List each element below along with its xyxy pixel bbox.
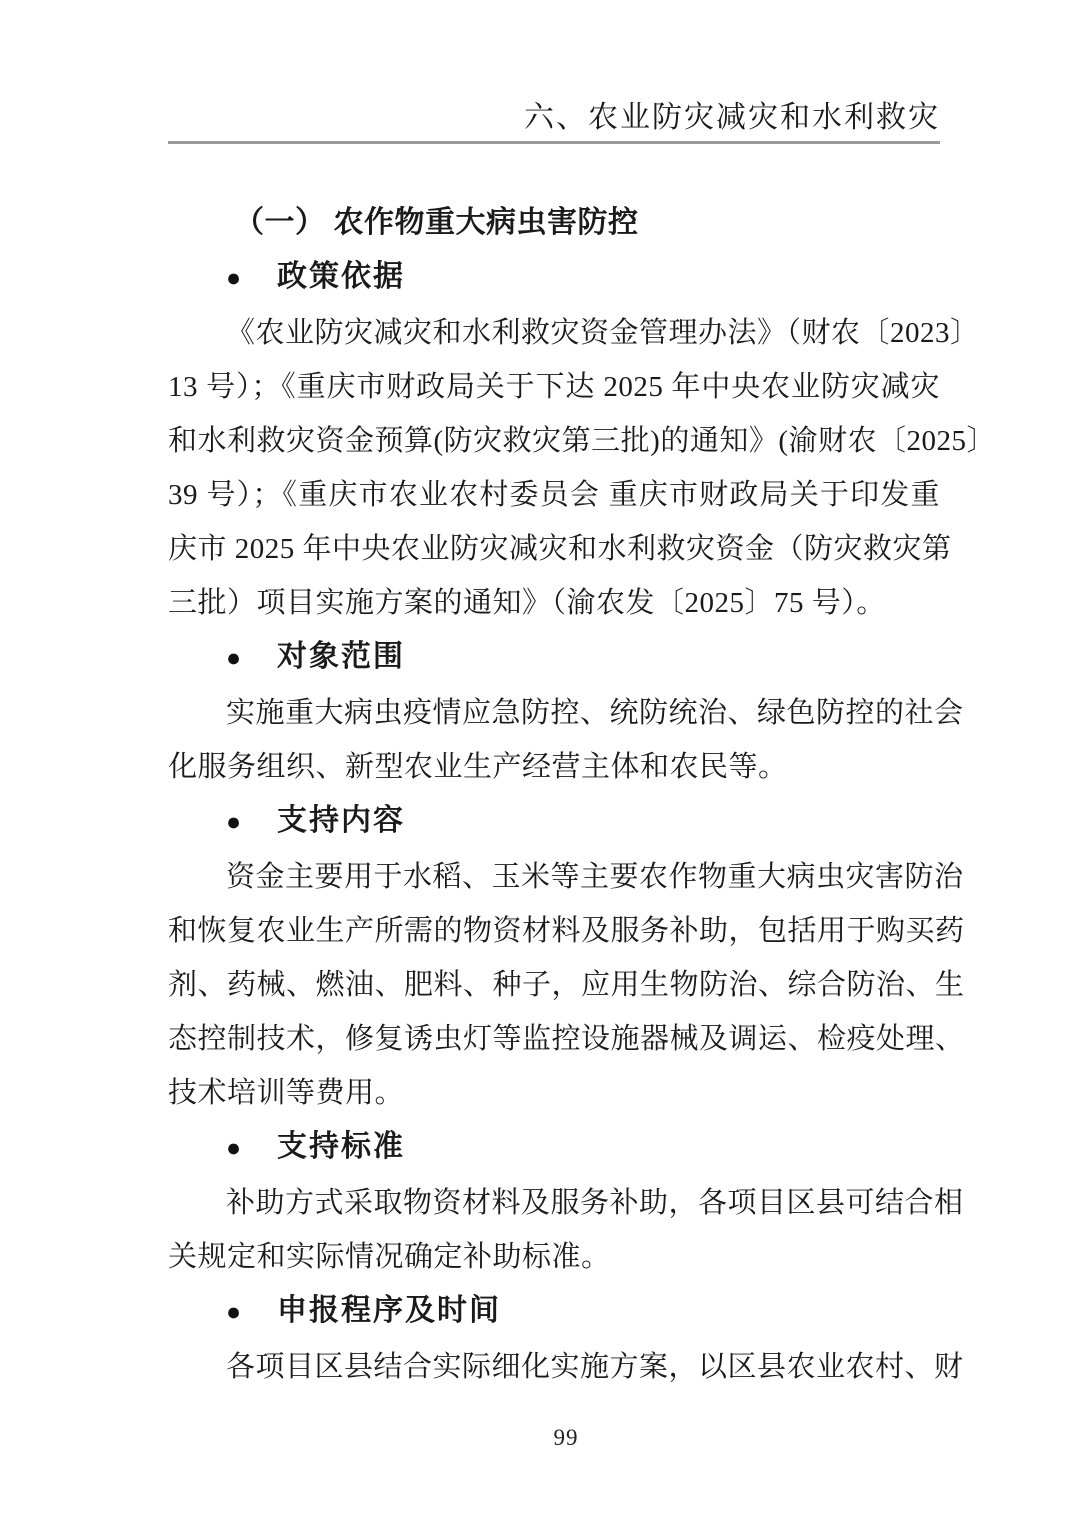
- body-line: 和恢复农业生产所需的物资材料及服务补助，包括用于购买药: [168, 904, 940, 958]
- bullet-icon: ●: [226, 796, 277, 850]
- bullet-heading: ●支持内容: [168, 794, 940, 850]
- body-line: 39 号）；《重庆市农业农村委员会 重庆市财政局关于印发重: [168, 468, 940, 522]
- body-line: 13 号）；《重庆市财政局关于下达 2025 年中央农业防灾减灾: [168, 360, 940, 414]
- bullet-heading: ●申报程序及时间: [168, 1284, 940, 1340]
- section-heading: （一） 农作物重大病虫害防控: [168, 196, 940, 250]
- body-line: 态控制技术，修复诱虫灯等监控设施器械及调运、检疫处理、: [168, 1012, 940, 1066]
- body-line: 和水利救灾资金预算(防灾救灾第三批)的通知》(渝财农〔2025〕: [168, 414, 940, 468]
- bullet-heading-label: 政策依据: [277, 260, 405, 293]
- body-line: 补助方式采取物资材料及服务补助，各项目区县可结合相: [168, 1176, 940, 1230]
- page-header: 六、农业防灾减灾和水利救灾: [168, 100, 940, 144]
- body-line: 庆市 2025 年中央农业防灾减灾和水利救灾资金（防灾救灾第: [168, 522, 940, 576]
- page-footer: 99: [168, 1424, 940, 1452]
- content-lines: ●政策依据《农业防灾减灾和水利救灾资金管理办法》（财农〔2023〕13 号）；《…: [168, 250, 940, 1394]
- bullet-heading: ●支持标准: [168, 1120, 940, 1176]
- page-header-title: 六、农业防灾减灾和水利救灾: [168, 100, 940, 136]
- body-line: 技术培训等费用。: [168, 1066, 940, 1120]
- body-line: 各项目区县结合实际细化实施方案，以区县农业农村、财: [168, 1340, 940, 1394]
- bullet-icon: ●: [226, 1122, 277, 1176]
- bullet-heading-label: 对象范围: [277, 640, 405, 673]
- bullet-heading: ●政策依据: [168, 250, 940, 306]
- bullet-icon: ●: [226, 252, 277, 306]
- document-page: 六、农业防灾减灾和水利救灾 （一） 农作物重大病虫害防控 ●政策依据《农业防灾减…: [0, 0, 1074, 1520]
- header-rule: [168, 141, 940, 144]
- body-line: 化服务组织、新型农业生产经营主体和农民等。: [168, 740, 940, 794]
- bullet-icon: ●: [226, 632, 277, 686]
- body-line: 资金主要用于水稻、玉米等主要农作物重大病虫灾害防治: [168, 850, 940, 904]
- body-line: 实施重大病虫疫情应急防控、统防统治、绿色防控的社会: [168, 686, 940, 740]
- bullet-heading-label: 支持内容: [277, 804, 405, 837]
- bullet-heading: ●对象范围: [168, 630, 940, 686]
- body-line: 关规定和实际情况确定补助标准。: [168, 1230, 940, 1284]
- body-line: 《农业防灾减灾和水利救灾资金管理办法》（财农〔2023〕: [168, 306, 940, 360]
- body-line: 剂、药械、燃油、肥料、种子，应用生物防治、综合防治、生: [168, 958, 940, 1012]
- document-body: （一） 农作物重大病虫害防控 ●政策依据《农业防灾减灾和水利救灾资金管理办法》（…: [168, 196, 940, 1394]
- bullet-icon: ●: [226, 1286, 277, 1340]
- page-number: 99: [554, 1424, 579, 1452]
- bullet-heading-label: 支持标准: [277, 1130, 405, 1163]
- bullet-heading-label: 申报程序及时间: [277, 1294, 501, 1327]
- body-line: 三批）项目实施方案的通知》（渝农发〔2025〕75 号）。: [168, 576, 940, 630]
